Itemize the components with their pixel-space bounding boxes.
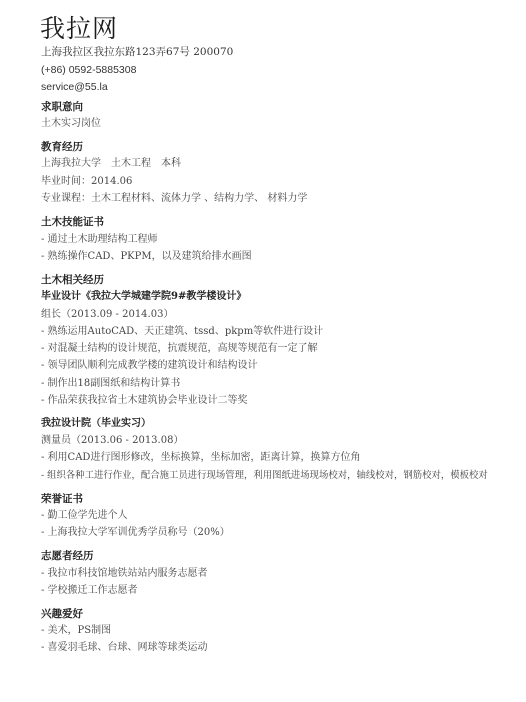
project-line: - 利用CAD进行图形修改，坐标换算，坐标加密，距离计算，换算方位角 (41, 451, 360, 465)
volunteer-line: - 学校搬迁工作志愿者 (41, 584, 138, 598)
education-line: 上海我拉大学 土木工程 本科 (41, 157, 181, 171)
project-title: 毕业设计《我拉大学城建学院9#教学楼设计》 (41, 290, 246, 304)
section-title-honors: 荣誉证书 (41, 492, 83, 506)
section-title-volunteer: 志愿者经历 (41, 549, 94, 563)
hobbies-line: - 喜爱羽毛球、台球、网球等球类运动 (41, 641, 208, 655)
address: 上海我拉区我拉东路123弄67号 200070 (41, 45, 233, 59)
phone: (+86) 0592-5885308 (41, 63, 136, 77)
education-line: 专业课程：土木工程材料、流体力学 、结构力学、 材料力学 (41, 192, 307, 206)
volunteer-line: - 我拉市科技馆地铁站站内服务志愿者 (41, 567, 208, 581)
resume-page: 我拉网 上海我拉区我拉东路123弄67号 200070 (+86) 0592-5… (0, 0, 526, 702)
project-line: - 组织各种工进行作业，配合施工员进行现场管理，利用图纸进场现场校对，轴线校对，… (41, 469, 488, 483)
honors-line: - 勤工俭学先进个人 (41, 509, 128, 523)
hobbies-line: - 美术，PS制图 (41, 624, 111, 638)
education-line: 毕业时间：2014.06 (41, 175, 132, 189)
project-line: - 对混凝土结构的设计规范，抗震规范，高规等规范有一定了解 (41, 342, 318, 356)
project-role: 组长（2013.09 - 2014.03） (41, 308, 173, 322)
project-line: - 熟练运用AutoCAD、天正建筑、tssd、pkpm等软件进行设计 (41, 325, 323, 339)
skills-line: - 熟练操作CAD、PKPM，以及建筑给排水画图 (41, 250, 252, 264)
project-line: - 作品荣获我拉省土木建筑协会毕业设计二等奖 (41, 394, 248, 408)
project-title: 我拉设计院（毕业实习） (41, 417, 151, 431)
skills-line: - 通过土木助理结构工程师 (41, 233, 158, 247)
section-title-experience: 土木相关经历 (41, 273, 104, 287)
email: service@55.la (41, 80, 108, 94)
project-role: 测量员（2013.06 - 2013.08） (41, 434, 183, 448)
section-title-education: 教育经历 (41, 140, 83, 154)
project-line: - 领导团队顺利完成教学楼的建筑设计和结构设计 (41, 359, 258, 373)
resume-name: 我拉网 (40, 14, 118, 44)
honors-line: - 上海我拉大学军训优秀学员称号（20%） (41, 526, 230, 540)
project-line: - 制作出18副图纸和结构计算书 (41, 377, 180, 391)
objective-line: 土木实习岗位 (41, 117, 101, 131)
section-title-skills: 土木技能证书 (41, 215, 104, 229)
section-title-objective: 求职意向 (41, 100, 83, 114)
section-title-hobbies: 兴趣爱好 (41, 607, 83, 621)
